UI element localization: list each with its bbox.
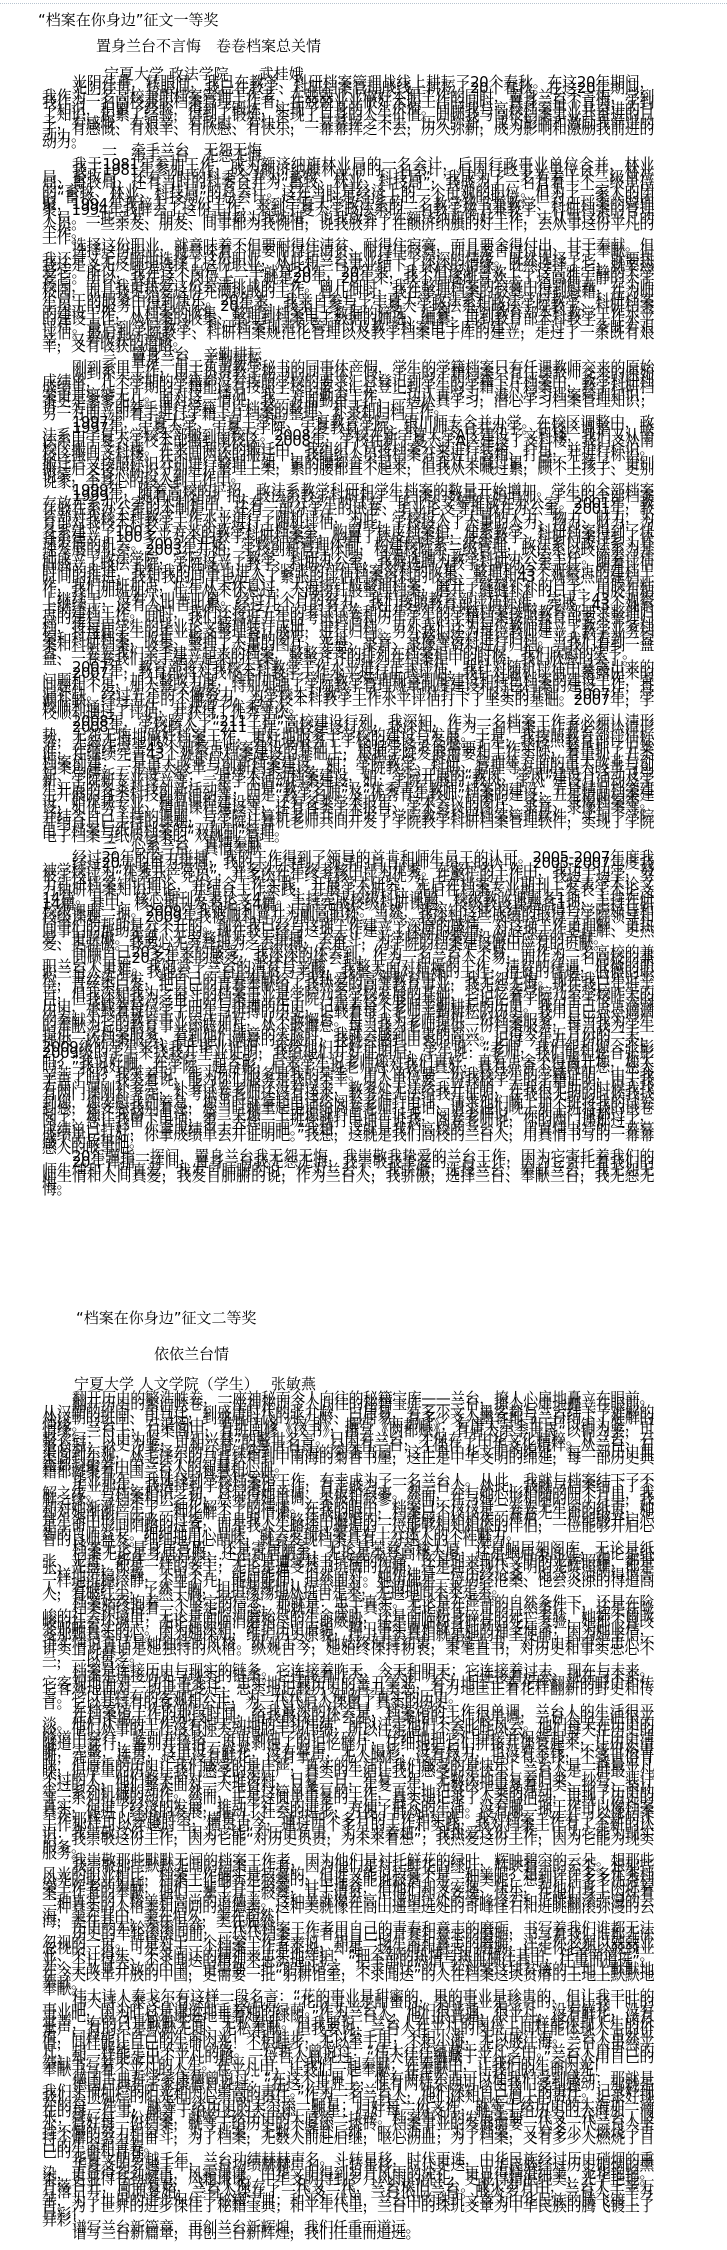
paragraph: 历史的车轮滚滚向前，一代代档案工作者用自己的青春和意志的磨砺，书写着我们谁都无法… <box>42 1928 654 1996</box>
paragraph: 伟大诗人泰戈尔有这样一段名言：“花的事业是甜蜜的，果的事业是珍贵的，但让我干叶的… <box>42 1996 654 2078</box>
paragraph: 选择这份职业，就意味着不但要耐得住清贫、耐得住寂寞，而且要舍得付出、甘于奉献。但… <box>42 245 654 354</box>
paragraph: 光阴荏苒，转眼间，我已在教学、科研档案管理战线上耕耘了20个春秋。在这20年期间… <box>42 82 654 150</box>
paragraph: 刚到系里工作，由于负责教学秘书的同事休产假，学生的学籍档案只有任课教师交来的原始… <box>42 367 654 421</box>
text-layer-overlap: 光阴荏苒，转眼间，我已在教学、科研档案管理战线上耕耘了20个春秋。在这20年期间… <box>42 82 654 1197</box>
paragraph: 我于1981年参加工作，成为额济纳旗林业局的一名会计，后因行政事业单位合并，林业… <box>42 164 654 246</box>
paragraph: 经过20年的奋力拼搏，我的工作得到了领导的首肯和师生员工的认可。2005-200… <box>42 857 654 952</box>
paragraph: 回顾自己20多年来的感受，我深深的体会到，作为一名兰台人不易，而作为一名高校的兼… <box>42 952 654 1156</box>
paragraph: 德国古典哲学家康德曾说过：“在这个世界上，惟有两样东西可以使我们受到感动：那就是… <box>42 2078 654 2160</box>
paragraph: 1999年，随着高校的扩招，政法系教学科研和学生档案的数量开始增加。学生的全部档… <box>42 490 654 667</box>
paragraph: 翻开历史的繁浩帙卷，一座神秘而令人向往的秘籍宝库——兰台，撩人心扉地矗立在眼前。… <box>42 1398 654 1480</box>
award-heading: “档案在你身边”征文一等奖 <box>38 12 219 28</box>
paragraph: 谱写兰台新篇章，再创兰台新辉煌，我们任重而道远。 <box>42 2227 654 2241</box>
paragraph: 档案是连接历史与现实的链条。它连接着昨天、今天和明天；它连接着过去、现在与未来。… <box>42 1670 654 1711</box>
text-layer-overlap: 翻开历史的繁浩帙卷，一座神秘而令人向往的秘籍宝库——兰台，撩人心扉地矗立在眼前。… <box>42 1398 654 2241</box>
award-heading: “档案在你身边”征文二等奖 <box>76 1310 257 1326</box>
paragraph: 20年弹指一挥间，置身兰台我无怨无悔，我崇敬我挚爱的兰台工作，因为它寄托着我们的… <box>42 1156 654 1197</box>
paragraph: 毕业那年，我选择到学校档案馆工作，有幸成为了一名兰台人。从此，我就与档案结下了不… <box>42 1480 654 1548</box>
paragraph: 华夏文明岁越千年，兰台功绩赫赫声名。斗转星移，时代更迭，中华民族经过历史硝烟的熏… <box>42 2159 654 2227</box>
paragraph: 1997年，宁夏大学、宁夏工学院、宁夏教育学院、银川师专合并办学。在校区调整中，… <box>42 422 654 490</box>
paragraph: 2008年，学校跨入了“211工程”高校建设行列，我深知，作为一名档案工作者必须… <box>42 721 654 843</box>
essay-title: 依依兰台情 <box>154 1346 229 1362</box>
paragraph: 2007年，教育部将对我校本科教学工作水平进行正式评估，我针对随机评估中暴露出来… <box>42 667 654 721</box>
paragraph: 档案无论是身居宫殿，还是寄居陋室；无论是荣登高楼大厦，还是蜗居架阁库，无论是纸张… <box>42 1548 654 1602</box>
paragraph: 在档案馆工作的那段时间，给我最深的体会是，档案馆的工作很单调，兰台人的生活很平淡… <box>42 1711 654 1861</box>
essay-body: 翻开历史的繁浩帙卷，一座神秘而令人向往的秘籍宝库——兰台，撩人心扉地矗立在眼前。… <box>42 1392 654 2242</box>
essay-body: 光阴荏苒，转眼间，我已在教学、科研档案管理战线上耕耘了20个春秋。在这20年期间… <box>42 76 654 1076</box>
paragraph: 档案始终抱着一个坚定的信念，那就是：忠于真实。无论是在严苛的自然条件下，还是在险… <box>42 1602 654 1670</box>
page-top-border <box>0 0 727 4</box>
essay-title: 置身兰台不言悔 卷卷档案总关情 <box>96 38 321 54</box>
paragraph: 我崇敬那些默默无闻的档案工作者，因为他们是衬托鲜花的绿叶，辉映碧空的云朵。想那些… <box>42 1860 654 1928</box>
